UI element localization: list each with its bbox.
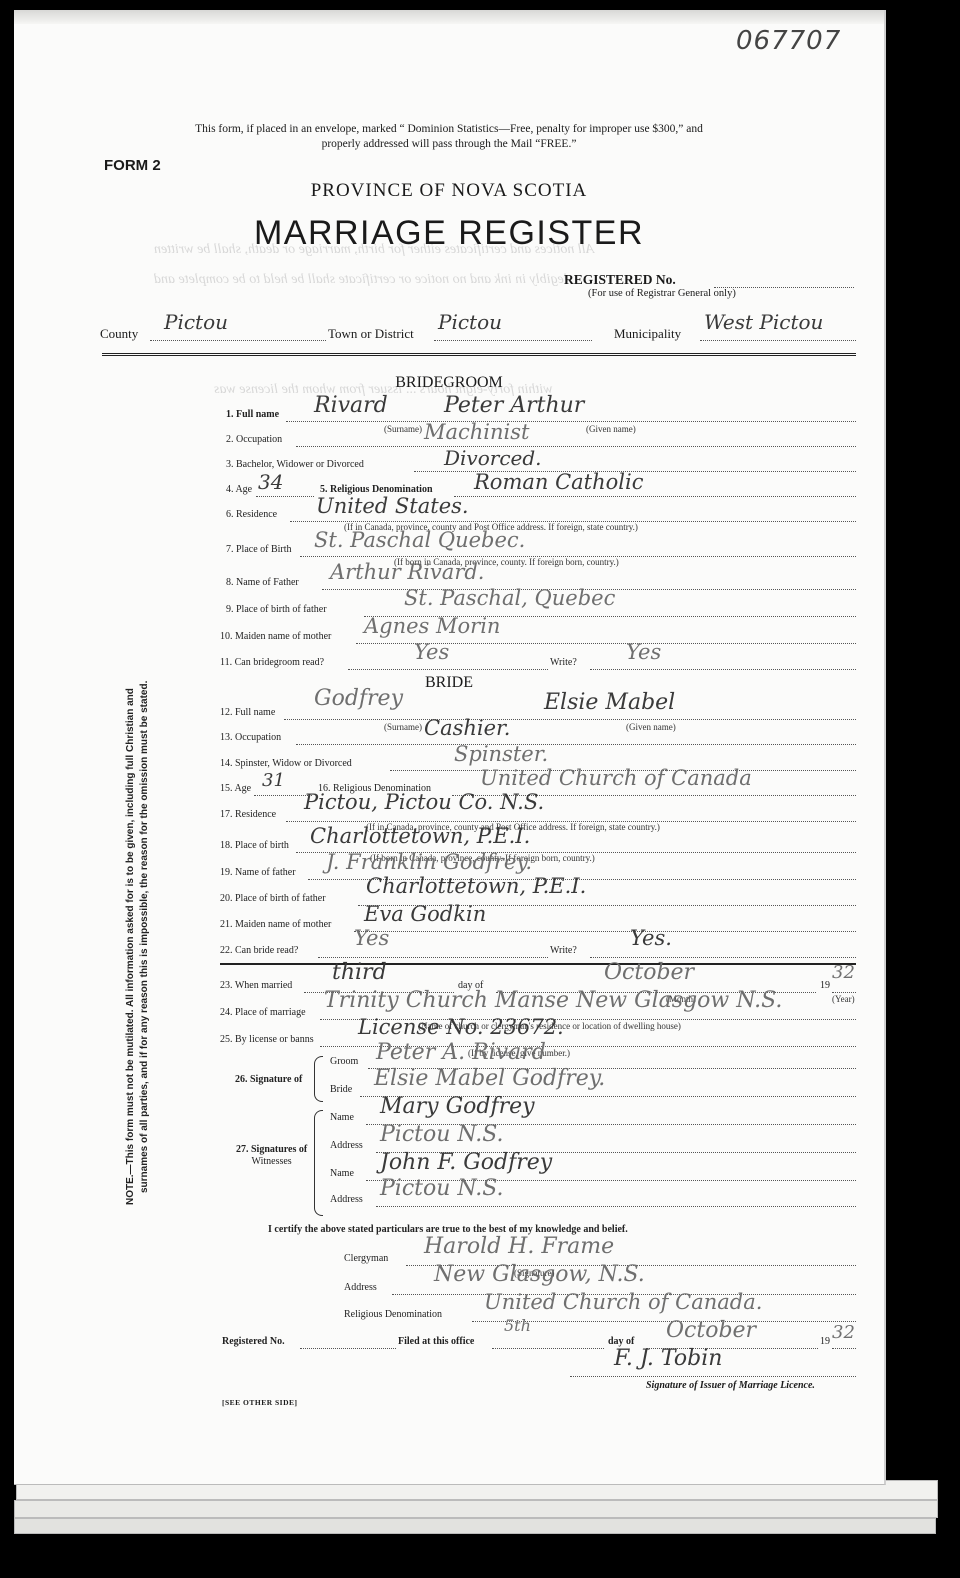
bride-age-value: 31: [262, 770, 285, 791]
underlying-page: [14, 1500, 938, 1518]
groom-religion-field[interactable]: [454, 496, 856, 497]
when-married-label: 23. When married: [220, 980, 292, 991]
groom-status-value: Divorced.: [444, 446, 542, 470]
brace: [314, 1110, 323, 1216]
groom-birthplace-label: 7. Place of Birth: [226, 544, 292, 555]
surname-hint: (Surname): [384, 722, 422, 732]
witness2-address-field[interactable]: [376, 1206, 856, 1207]
filed-year-value: 32: [832, 1322, 855, 1343]
witness1-name-label: Name: [330, 1112, 354, 1123]
postal-notice-line1: This form, if placed in an envelope, mar…: [14, 122, 884, 137]
bride-mother-field[interactable]: [354, 931, 856, 932]
bride-read-field[interactable]: [318, 957, 548, 958]
bride-signature-label: Bride: [330, 1084, 352, 1095]
bridegroom-heading: BRIDEGROOM: [14, 374, 884, 392]
groom-write-field[interactable]: [590, 669, 856, 670]
town-label: Town or District: [328, 326, 414, 342]
year-hint: (Year): [832, 994, 855, 1004]
groom-age-label: 4. Age: [226, 484, 252, 495]
clergyman-label: Clergyman: [344, 1253, 388, 1264]
year-prefix: 19: [820, 980, 830, 991]
municipality-value: West Pictou: [704, 310, 823, 334]
filing-registered-label: Registered No.: [222, 1336, 285, 1347]
groom-read-field[interactable]: [348, 669, 548, 670]
groom-father-value: Arthur Rivard.: [330, 560, 484, 584]
groom-signature-value: Peter A. Rivard: [376, 1040, 546, 1065]
clergyman-religion-label: Religious Denomination: [344, 1309, 442, 1320]
license-label: 25. By license or banns: [220, 1034, 314, 1045]
groom-surname-value: Rivard: [314, 393, 388, 418]
bride-birthplace-label: 18. Place of birth: [220, 840, 289, 851]
witness2-name-label: Name: [330, 1168, 354, 1179]
underlying-page: [14, 1518, 936, 1534]
municipality-label: Municipality: [614, 326, 681, 342]
bride-given-value: Elsie Mabel: [544, 690, 675, 715]
filed-year-prefix: 19: [820, 1336, 830, 1347]
witnesses-label-line2: Witnesses: [236, 1156, 307, 1168]
witness2-name-value: John F. Godfrey: [380, 1150, 552, 1175]
issuer-signature-value: F. J. Tobin: [614, 1346, 722, 1371]
married-year-value: 32: [832, 962, 855, 983]
groom-mother-label: 10. Maiden name of mother: [220, 631, 331, 642]
side-note-line1: NOTE.—This form must not be mutilated. A…: [124, 565, 138, 1205]
groom-given-value: Peter Arthur: [444, 393, 584, 418]
witness1-address-value: Pictou N.S.: [380, 1122, 504, 1147]
clergyman-address-label: Address: [344, 1282, 377, 1293]
document-number: 067707: [736, 26, 841, 56]
filed-year-field[interactable]: [832, 1348, 856, 1349]
bride-occupation-label: 13. Occupation: [220, 732, 281, 743]
groom-age-value: 34: [258, 470, 283, 494]
page-title: MARRIAGE REGISTER: [14, 214, 884, 253]
license-value: License No. 23672.: [358, 1015, 564, 1039]
given-name-hint: (Given name): [626, 722, 676, 732]
bride-father-birthplace-value: Charlottetown, P.E.I.: [366, 874, 586, 898]
witness1-name-value: Mary Godfrey: [380, 1094, 535, 1119]
filed-month-value: October: [666, 1318, 756, 1343]
postal-notice: This form, if placed in an envelope, mar…: [14, 122, 884, 152]
bride-mother-label: 21. Maiden name of mother: [220, 919, 331, 930]
clergyman-signature-value: Harold H. Frame: [424, 1234, 614, 1259]
married-year-field[interactable]: [832, 992, 856, 993]
groom-residence-value: United States.: [316, 494, 469, 518]
surname-hint: (Surname): [384, 424, 422, 434]
groom-write-value: Yes: [626, 640, 661, 664]
bride-birthplace-value: Charlottetown, P.E.I.: [310, 824, 530, 848]
groom-father-birthplace-label: 9. Place of birth of father: [226, 604, 327, 615]
witnesses-label: 27. Signatures of Witnesses: [236, 1144, 307, 1168]
bride-age-label: 15. Age: [220, 783, 251, 794]
groom-father-birthplace-value: St. Paschal, Quebec: [404, 586, 615, 610]
groom-write-label: Write?: [550, 657, 577, 668]
see-other-side: [SEE OTHER SIDE]: [222, 1398, 298, 1407]
bride-fullname-label: 12. Full name: [220, 707, 275, 718]
divider: [220, 963, 856, 965]
groom-read-label: 11. Can bridegroom read?: [220, 657, 324, 668]
groom-occupation-label: 2. Occupation: [226, 434, 282, 445]
groom-signature-label: Groom: [330, 1056, 358, 1067]
bride-read-label: 22. Can bride read?: [220, 945, 298, 956]
groom-age-field[interactable]: [256, 496, 314, 497]
bride-status-label: 14. Spinster, Widow or Divorced: [220, 758, 352, 769]
issuer-signature-label: Signature of Issuer of Marriage Licence.: [646, 1380, 815, 1391]
brace: [314, 1056, 323, 1102]
witness2-address-value: Pictou N.S.: [380, 1176, 504, 1201]
married-day-value: third: [332, 960, 387, 985]
divider: [102, 353, 856, 356]
form-label: FORM 2: [104, 157, 161, 174]
bride-write-label: Write?: [550, 945, 577, 956]
issuer-signature-field[interactable]: [570, 1376, 856, 1377]
groom-status-label: 3. Bachelor, Widower or Divorced: [226, 459, 364, 470]
town-value: Pictou: [438, 310, 502, 334]
bride-fullname-field[interactable]: [284, 719, 856, 720]
registered-number-note: (For use of Registrar General only): [588, 288, 736, 299]
marriage-register-form: All notices and certificates either for …: [14, 10, 886, 1485]
page-top-edge: [14, 10, 884, 24]
bride-occupation-value: Cashier.: [424, 716, 510, 740]
bride-mother-value: Eva Godkin: [364, 902, 486, 926]
groom-religion-value: Roman Catholic: [474, 470, 643, 494]
bride-heading: BRIDE: [14, 674, 884, 692]
bride-father-birthplace-label: 20. Place of birth of father: [220, 893, 326, 904]
married-month-value: October: [604, 960, 694, 985]
witnesses-label-line1: 27. Signatures of: [236, 1144, 307, 1156]
witness1-address-label: Address: [330, 1140, 363, 1151]
bride-signature-value: Elsie Mabel Godfrey.: [374, 1066, 605, 1091]
county-field[interactable]: [150, 340, 326, 341]
groom-father-label: 8. Name of Father: [226, 577, 299, 588]
bride-father-value: J. Franklin Godfrey.: [326, 850, 532, 874]
bride-residence-value: Pictou, Pictou Co. N.S.: [304, 790, 544, 814]
place-of-marriage-label: 24. Place of marriage: [220, 1007, 306, 1018]
groom-occupation-value: Machinist: [424, 420, 529, 444]
province-heading: PROVINCE OF NOVA SCOTIA: [14, 180, 884, 202]
signature-of-label: 26. Signature of: [235, 1074, 302, 1085]
groom-birthplace-value: St. Paschal Quebec.: [314, 528, 525, 552]
filing-registered-field[interactable]: [300, 1348, 396, 1349]
county-label: County: [100, 326, 138, 342]
groom-occupation-field[interactable]: [296, 446, 856, 447]
postal-notice-line2: properly addressed will pass through the…: [14, 137, 884, 152]
groom-mother-value: Agnes Morin: [364, 614, 500, 638]
place-of-marriage-value: Trinity Church Manse New Glasgow N.S.: [324, 988, 782, 1013]
bride-write-value: Yes.: [630, 926, 672, 950]
bride-residence-label: 17. Residence: [220, 809, 276, 820]
bride-father-label: 19. Name of father: [220, 867, 296, 878]
bride-read-value: Yes: [354, 926, 389, 950]
groom-fullname-label: 1. Full name: [226, 409, 279, 420]
side-note-line2: surnames of all parties, and if for any …: [138, 565, 152, 1205]
town-field[interactable]: [434, 340, 592, 341]
witness2-address-label: Address: [330, 1194, 363, 1205]
given-name-hint: (Given name): [586, 424, 636, 434]
bride-surname-value: Godfrey: [314, 686, 403, 711]
clergyman-address-value: New Glasgow, N.S.: [434, 1262, 645, 1287]
bride-status-value: Spinster.: [454, 742, 548, 766]
groom-residence-label: 6. Residence: [226, 509, 277, 520]
bleed-through-text: legibly in ink and no notice or certific…: [154, 272, 568, 288]
filed-label: Filed at this office: [398, 1336, 474, 1347]
municipality-field[interactable]: [700, 340, 856, 341]
clergyman-religion-value: United Church of Canada.: [484, 1290, 762, 1314]
bride-religion-value: United Church of Canada: [480, 766, 752, 790]
groom-fullname-field[interactable]: [286, 421, 856, 422]
county-value: Pictou: [164, 310, 228, 334]
groom-read-value: Yes: [414, 640, 449, 664]
filed-day-field[interactable]: [492, 1348, 604, 1349]
bride-write-field[interactable]: [590, 957, 856, 958]
side-note: NOTE.—This form must not be mutilated. A…: [124, 565, 152, 1205]
registered-number-label: REGISTERED No.: [564, 272, 676, 288]
filed-day-value: 5th: [504, 1316, 531, 1335]
bride-occupation-field[interactable]: [296, 744, 856, 745]
